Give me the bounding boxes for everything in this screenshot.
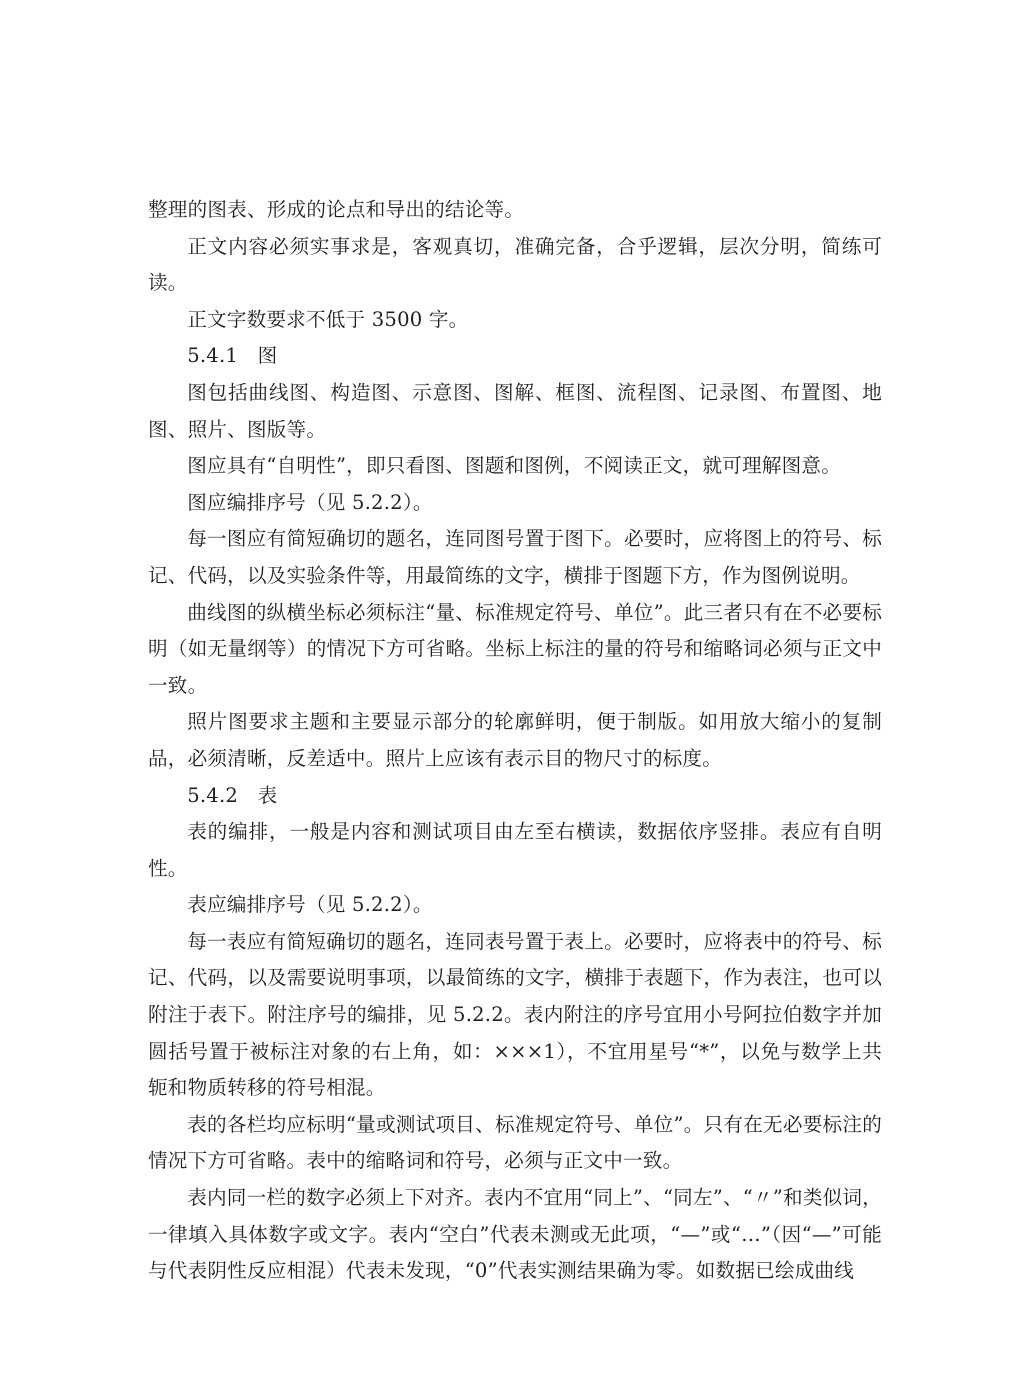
- section-number: 5.4.2: [187, 784, 238, 807]
- section-title: 表: [258, 784, 278, 807]
- section-heading-5-4-2: 5.4.2表: [148, 778, 882, 815]
- paragraph-figure-numbering: 图应编排序号（见 5.2.2）。: [148, 485, 882, 522]
- paragraph-table-columns: 表的各栏均应标明“量或测试项目、标准规定符号、单位”。只有在无必要标注的情况下方…: [148, 1107, 882, 1180]
- section-number: 5.4.1: [187, 344, 238, 367]
- paragraph-content-requirements: 正文内容必须实事求是，客观真切，准确完备，合乎逻辑，层次分明，简练可读。: [148, 229, 882, 302]
- paragraph-photo-figures: 照片图要求主题和主要显示部分的轮廓鲜明，便于制版。如用放大缩小的复制品，必须清晰…: [148, 704, 882, 777]
- paragraph-continuation: 整理的图表、形成的论点和导出的结论等。: [148, 192, 882, 229]
- paragraph-figure-types: 图包括曲线图、构造图、示意图、图解、框图、流程图、记录图、布置图、地图、照片、图…: [148, 375, 882, 448]
- paragraph-figure-self-explanatory: 图应具有“自明性”，即只看图、图题和图例，不阅读正文，就可理解图意。: [148, 448, 882, 485]
- section-heading-5-4-1: 5.4.1图: [148, 338, 882, 375]
- paragraph-figure-caption: 每一图应有简短确切的题名，连同图号置于图下。必要时，应将图上的符号、标记、代码，…: [148, 521, 882, 594]
- document-page: 整理的图表、形成的论点和导出的结论等。 正文内容必须实事求是，客观真切，准确完备…: [148, 192, 882, 1290]
- paragraph-table-layout: 表的编排，一般是内容和测试项目由左至右横读，数据依序竖排。表应有自明性。: [148, 814, 882, 887]
- paragraph-table-caption: 每一表应有简短确切的题名，连同表号置于表上。必要时，应将表中的符号、标记、代码，…: [148, 924, 882, 1107]
- paragraph-word-count: 正文字数要求不低于 3500 字。: [148, 302, 882, 339]
- section-title: 图: [258, 344, 278, 367]
- paragraph-curve-axes: 曲线图的纵横坐标必须标注“量、标准规定符号、单位”。此三者只有在不必要标明（如无…: [148, 595, 882, 705]
- paragraph-table-numbering: 表应编排序号（见 5.2.2）。: [148, 887, 882, 924]
- paragraph-table-alignment: 表内同一栏的数字必须上下对齐。表内不宜用“同上”、“同左”、“〃”和类似词，一律…: [148, 1180, 882, 1290]
